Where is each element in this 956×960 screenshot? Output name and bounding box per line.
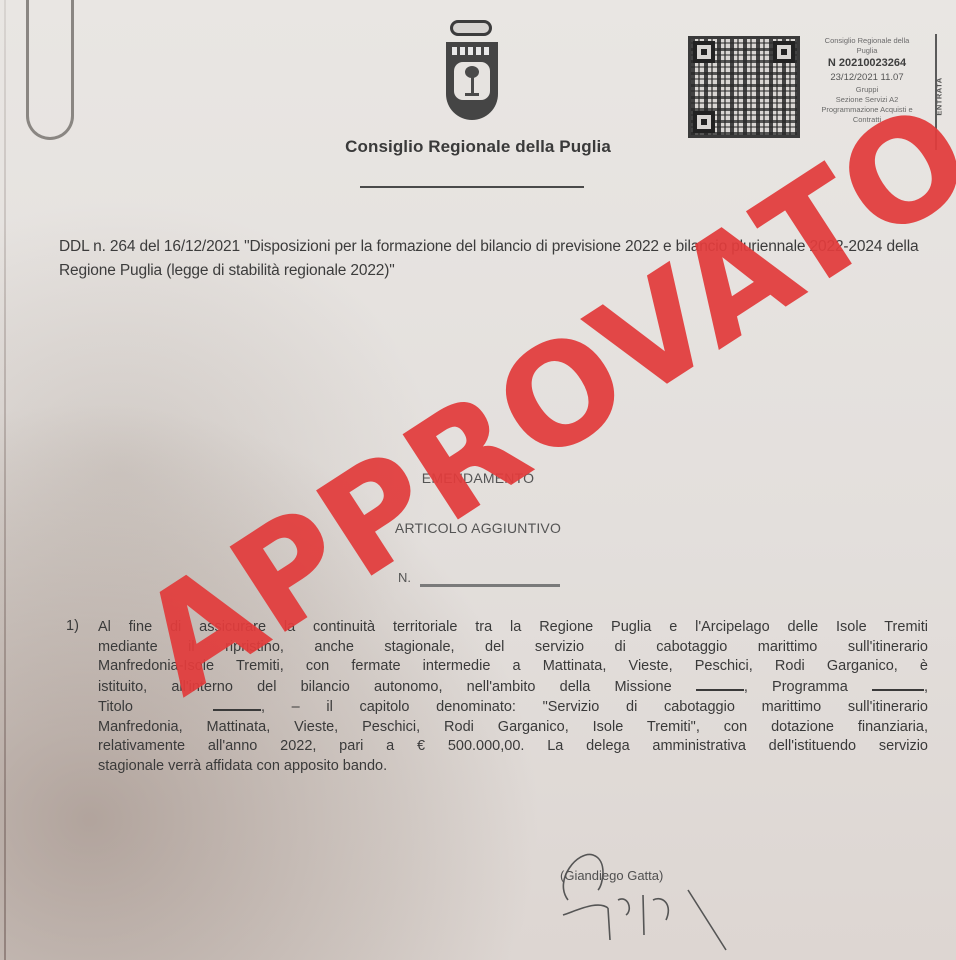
program-blank [872,677,924,691]
stamp-issuer-2: Puglia [804,46,930,56]
paragraph-number: 1) [66,618,79,634]
amendment-number-blank [420,584,560,587]
protocol-number: N 20210023264 [804,56,930,71]
header-rule [360,186,584,188]
shield-icon [446,42,498,120]
paper-clip-icon [26,0,74,140]
stamp-issuer: Consiglio Regionale della [804,36,930,46]
paragraph-line: stagionale verrà affidata con apposito b… [98,757,928,777]
document-page: Consiglio Regionale della Puglia Consigl… [0,0,956,960]
qr-code-icon [688,36,800,138]
signature-icon [548,840,748,960]
paragraph-line: Manfredonia, Mattinata, Vieste, Peschici… [98,718,928,738]
paragraph-line: relativamente all'anno 2022, pari a € 50… [98,737,928,757]
signer-name: (Giandiego Gatta) [560,868,663,883]
regione-puglia-emblem-icon [440,20,502,120]
crown-icon [450,20,492,36]
mission-blank [696,677,744,691]
